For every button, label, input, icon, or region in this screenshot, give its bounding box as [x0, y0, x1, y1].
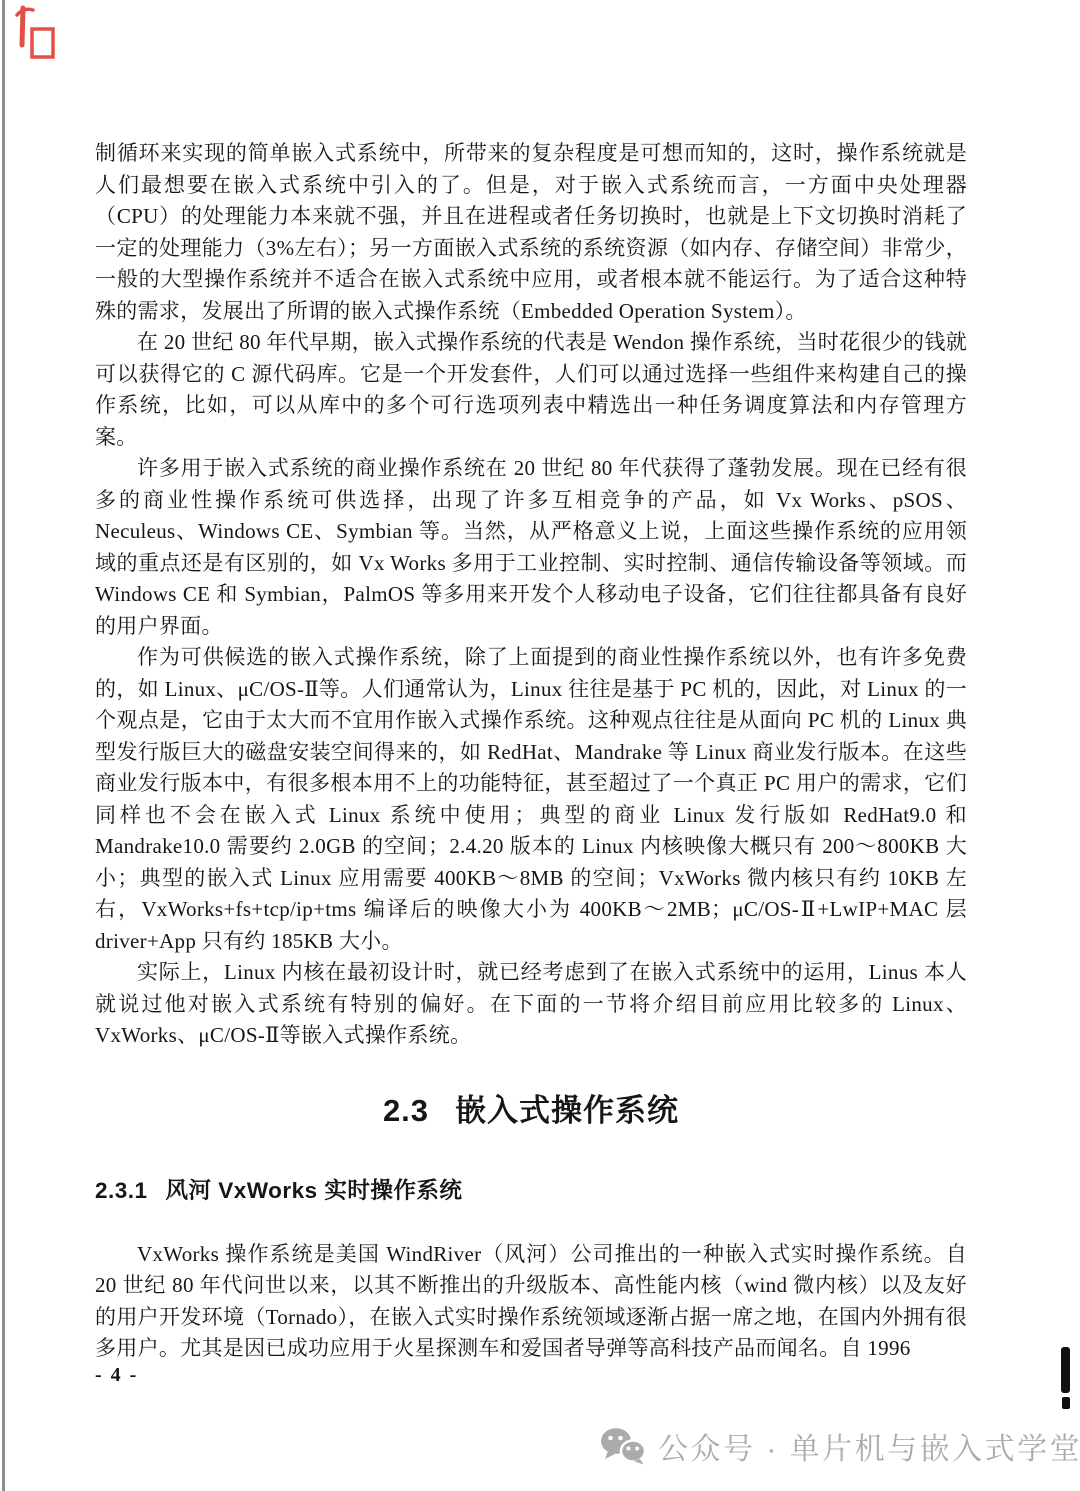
wechat-icon: [600, 1427, 646, 1465]
page-number: - 4 -: [95, 1364, 138, 1387]
scan-edge-artifact: [2, 0, 5, 1491]
paragraph-continued: 制循环来实现的简单嵌入式系统中，所带来的复杂程度是可想而知的，这时，操作系统就是…: [95, 138, 967, 327]
paragraph-free-os: 作为可供候选的嵌入式操作系统，除了上面提到的商业性操作系统以外，也有许多免费的，…: [95, 642, 967, 957]
footer-watermark: 公众号 · 单片机与嵌入式学堂: [600, 1424, 1080, 1468]
subsection-title: 风河 VxWorks 实时操作系统: [166, 1178, 463, 1203]
ink-smudge-artifact: [1061, 1347, 1070, 1409]
subsection-heading: 2.3.1风河 VxWorks 实时操作系统: [95, 1176, 967, 1206]
ink-smudge-bottom: [1062, 1397, 1070, 1409]
paragraph-vxworks: VxWorks 操作系统是美国 WindRiver（风河）公司推出的一种嵌入式实…: [95, 1239, 967, 1365]
paragraph-commercial-os: 许多用于嵌入式系统的商业操作系统在 20 世纪 80 年代获得了蓬勃发展。现在已…: [95, 453, 967, 642]
ink-smudge-top: [1061, 1347, 1070, 1393]
red-pen-marks-icon: [8, 3, 62, 71]
footer-label: 公众号 · 单片机与嵌入式学堂: [658, 1424, 1080, 1468]
section-heading: 2.3嵌入式操作系统: [95, 1090, 967, 1132]
scanned-page: 制循环来实现的简单嵌入式系统中，所带来的复杂程度是可想而知的，这时，操作系统就是…: [0, 0, 1080, 1491]
section-number: 2.3: [383, 1093, 429, 1128]
page-content: 制循环来实现的简单嵌入式系统中，所带来的复杂程度是可想而知的，这时，操作系统就是…: [95, 138, 967, 1365]
section-title: 嵌入式操作系统: [455, 1093, 679, 1128]
subsection-number: 2.3.1: [95, 1178, 148, 1203]
paragraph-wendon: 在 20 世纪 80 年代早期，嵌入式操作系统的代表是 Wendon 操作系统，…: [95, 327, 967, 453]
paragraph-linux-kernel: 实际上，Linux 内核在最初设计时，就已经考虑到了在嵌入式系统中的运用，Lin…: [95, 957, 967, 1052]
